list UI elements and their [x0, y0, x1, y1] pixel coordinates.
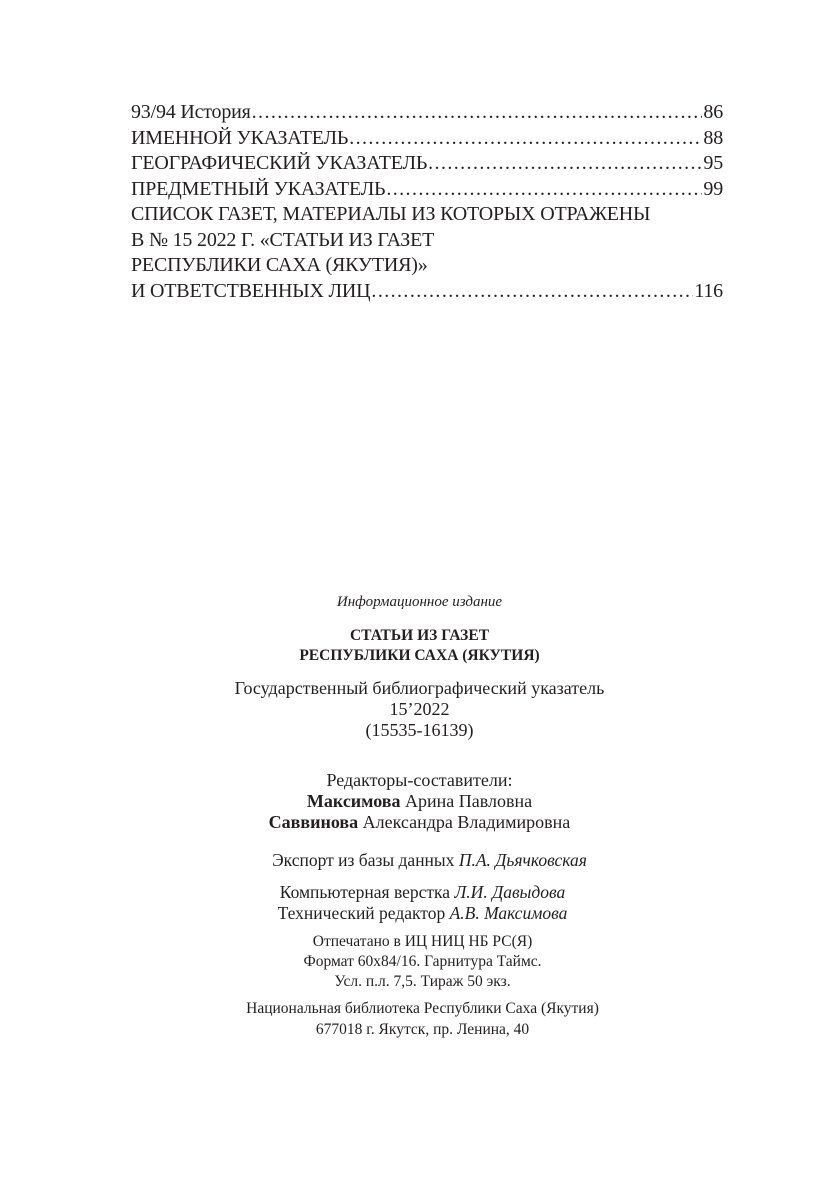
dot-leader	[428, 151, 702, 177]
toc-entry-title-line: СПИСОК ГАЗЕТ, МАТЕРИАЛЫ ИЗ КОТОРЫХ ОТРАЖ…	[131, 202, 723, 228]
editors-label: Редакторы-составители:	[0, 770, 839, 791]
toc-entry-page: 95	[703, 151, 723, 177]
toc-entry-title: 93/94 История	[131, 100, 251, 126]
editor-1: Максимова Арина Павловна	[0, 791, 839, 812]
toc-entry-newspaper-list[interactable]: СПИСОК ГАЗЕТ, МАТЕРИАЛЫ ИЗ КОТОРЫХ ОТРАЖ…	[131, 202, 723, 304]
export-credit: Экспорт из базы данных П.А. Дьячковская	[10, 850, 839, 871]
toc-entry-title: ИМЕННОЙ УКАЗАТЕЛЬ	[131, 126, 348, 152]
toc-entry-title-line: РЕСПУБЛИКИ САХА (ЯКУТИЯ)»	[131, 253, 723, 279]
publication-title: СТАТЬИ ИЗ ГАЗЕТ РЕСПУБЛИКИ САХА (ЯКУТИЯ)	[0, 626, 839, 666]
toc-entry-page: 116	[694, 279, 723, 305]
credit-name: А.В. Максимова	[450, 903, 568, 923]
editor-given-name: Александра Владимировна	[363, 812, 571, 832]
toc-entry-name-index[interactable]: ИМЕННОЙ УКАЗАТЕЛЬ 88	[131, 126, 723, 152]
editors-block: Редакторы-составители: Максимова Арина П…	[0, 770, 839, 833]
issue-number: 15’2022	[0, 699, 839, 720]
toc-entry-title-line: И ОТВЕТСТВЕННЫХ ЛИЦ	[131, 279, 370, 305]
layout-credits: Компьютерная верстка Л.И. Давыдова Техни…	[3, 882, 839, 924]
print-details: Отпечатано в ИЦ НИЦ НБ РС(Я) Формат 60х8…	[3, 932, 839, 992]
editor-surname: Максимова	[307, 791, 401, 811]
credit-name: Л.И. Давыдова	[454, 882, 565, 902]
publisher-address: Национальная библиотека Республики Саха …	[3, 998, 839, 1040]
dot-leader	[386, 177, 702, 203]
toc-entry-page: 86	[703, 100, 723, 126]
editor-given-name: Арина Павловна	[405, 791, 532, 811]
dot-leader	[371, 279, 693, 305]
table-of-contents: 93/94 История 86 ИМЕННОЙ УКАЗАТЕЛЬ 88 ГЕ…	[131, 100, 723, 304]
credit-name: П.А. Дьячковская	[459, 850, 587, 870]
toc-entry-page: 99	[703, 177, 723, 203]
dot-leader	[252, 100, 703, 126]
toc-entry-geographic-index[interactable]: ГЕОГРАФИЧЕСКИЙ УКАЗАТЕЛЬ 95	[131, 151, 723, 177]
credit-label: Компьютерная верстка	[280, 882, 450, 902]
toc-entry-title-line: В № 15 2022 Г. «СТАТЬИ ИЗ ГАЗЕТ	[131, 228, 723, 254]
publication-kind: Информационное издание	[0, 594, 839, 611]
record-range: (15535-16139)	[0, 720, 839, 741]
layout-credit: Компьютерная верстка Л.И. Давыдова	[3, 882, 839, 903]
description-text: Государственный библиографический указат…	[0, 678, 839, 699]
toc-entry-page: 88	[703, 126, 723, 152]
publication-description: Государственный библиографический указат…	[0, 678, 839, 741]
tech-editor-credit: Технический редактор А.В. Максимова	[3, 903, 839, 924]
toc-entry-history[interactable]: 93/94 История 86	[131, 100, 723, 126]
dot-leader	[349, 126, 702, 152]
toc-entry-title: ПРЕДМЕТНЫЙ УКАЗАТЕЛЬ	[131, 177, 385, 203]
toc-entry-subject-index[interactable]: ПРЕДМЕТНЫЙ УКАЗАТЕЛЬ 99	[131, 177, 723, 203]
credit-label: Технический редактор	[278, 903, 446, 923]
credit-label: Экспорт из базы данных	[272, 850, 454, 870]
editor-surname: Саввинова	[269, 812, 358, 832]
editor-2: Саввинова Александра Владимировна	[0, 812, 839, 833]
toc-entry-title: ГЕОГРАФИЧЕСКИЙ УКАЗАТЕЛЬ	[131, 151, 427, 177]
publisher-name: Национальная библиотека Республики Саха …	[3, 998, 839, 1019]
publisher-address-line: 677018 г. Якутск, пр. Ленина, 40	[3, 1019, 839, 1040]
